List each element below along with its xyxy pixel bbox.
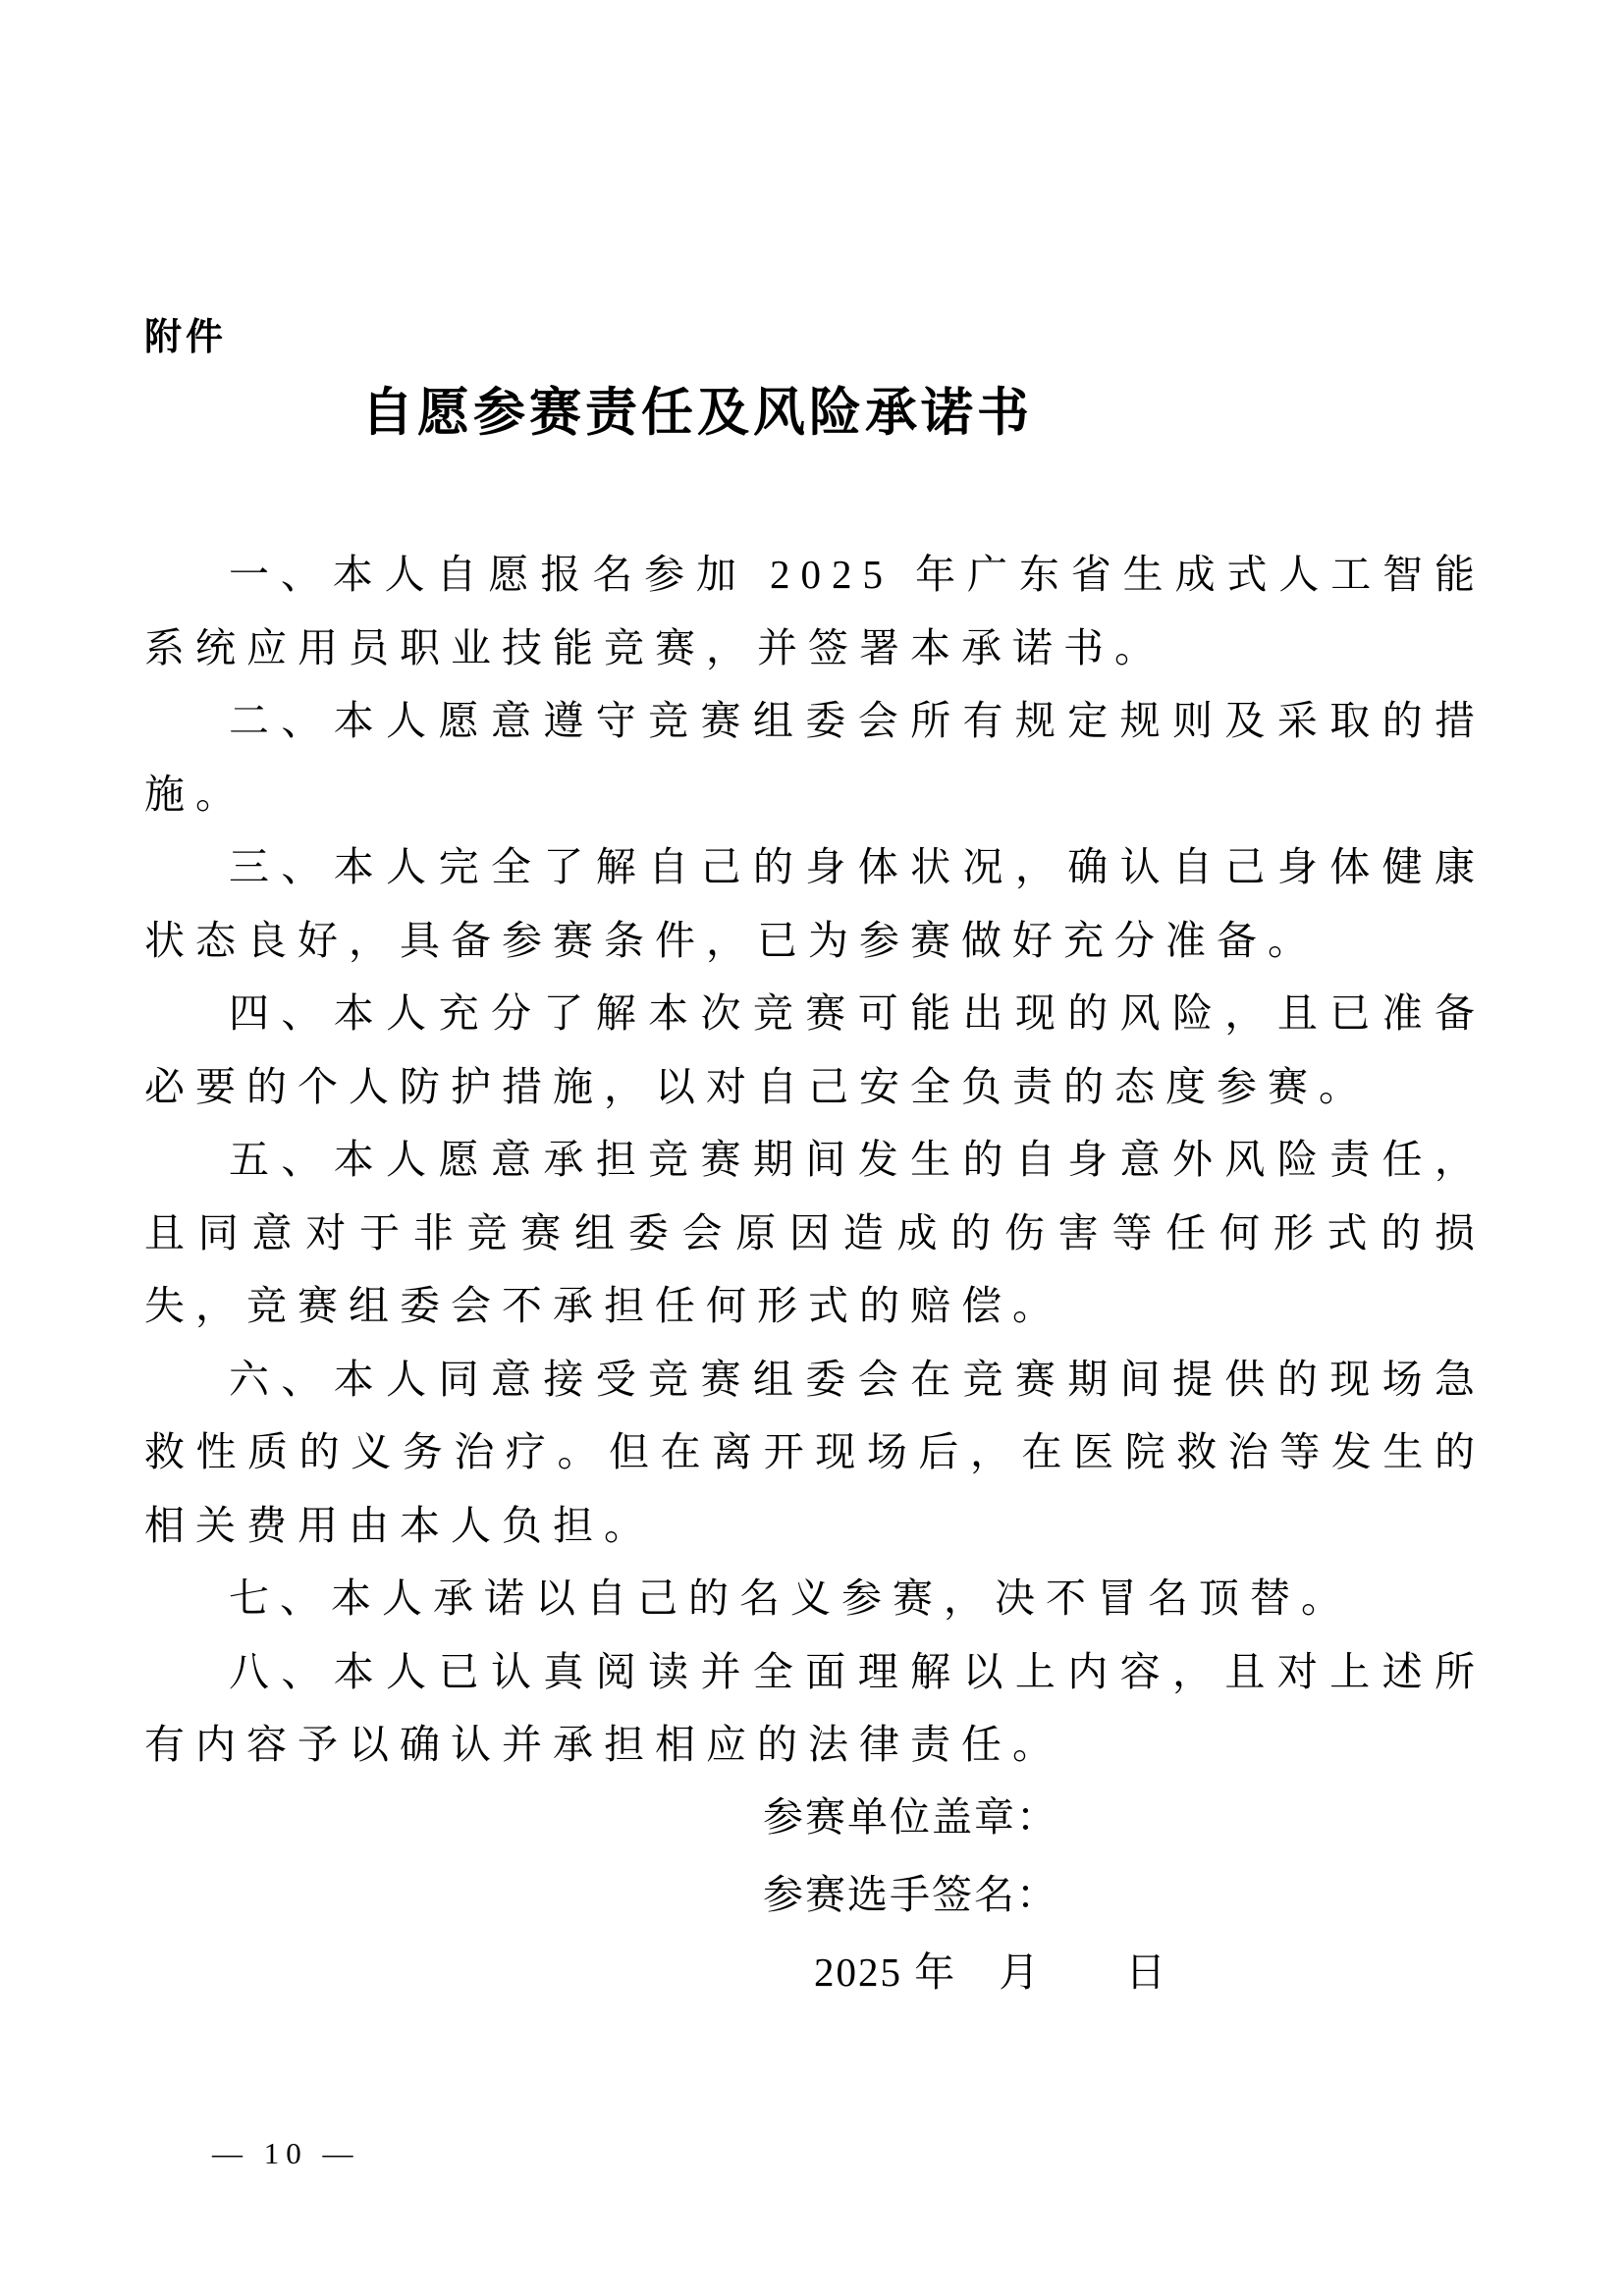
signature-block: 参赛单位盖章： 参赛选手签名： 2025 年 月 日 xyxy=(763,1779,1167,2011)
page-number: — 10 — xyxy=(212,2136,360,2171)
body-paragraph-2: 二、本人愿意遵守竞赛组委会所有规定规则及采取的措施。 xyxy=(144,684,1486,830)
signature-date-line: 2025 年 月 日 xyxy=(814,1934,1167,2011)
body-paragraph-5: 五、本人愿意承担竞赛期间发生的自身意外风险责任，且同意对于非竞赛组委会原因造成的… xyxy=(144,1123,1486,1343)
signature-player-name-label: 参赛选手签名： xyxy=(763,1856,1167,1934)
body-paragraph-6: 六、本人同意接受竞赛组委会在竞赛期间提供的现场急救性质的义务治疗。但在离开现场后… xyxy=(144,1343,1486,1563)
signature-unit-seal-label: 参赛单位盖章： xyxy=(763,1779,1167,1856)
body-paragraph-3: 三、本人完全了解自己的身体状况，确认自己身体健康状态良好，具备参赛条件，已为参赛… xyxy=(144,830,1486,977)
attachment-label: 附件 xyxy=(144,306,227,360)
body-paragraph-1: 一、本人自愿报名参加 2025 年广东省生成式人工智能系统应用员职业技能竞赛，并… xyxy=(144,538,1486,684)
document-body: 一、本人自愿报名参加 2025 年广东省生成式人工智能系统应用员职业技能竞赛，并… xyxy=(144,538,1486,1782)
body-paragraph-8: 八、本人已认真阅读并全面理解以上内容，且对上述所有内容予以确认并承担相应的法律责… xyxy=(144,1635,1486,1782)
body-paragraph-7: 七、本人承诺以自己的名义参赛，决不冒名顶替。 xyxy=(144,1562,1486,1635)
document-page: 附件 自愿参赛责任及风险承诺书 一、本人自愿报名参加 2025 年广东省生成式人… xyxy=(0,0,1624,2296)
document-title: 自愿参赛责任及风险承诺书 xyxy=(59,371,1335,446)
body-paragraph-4: 四、本人充分了解本次竞赛可能出现的风险，且已准备必要的个人防护措施，以对自己安全… xyxy=(144,977,1486,1123)
